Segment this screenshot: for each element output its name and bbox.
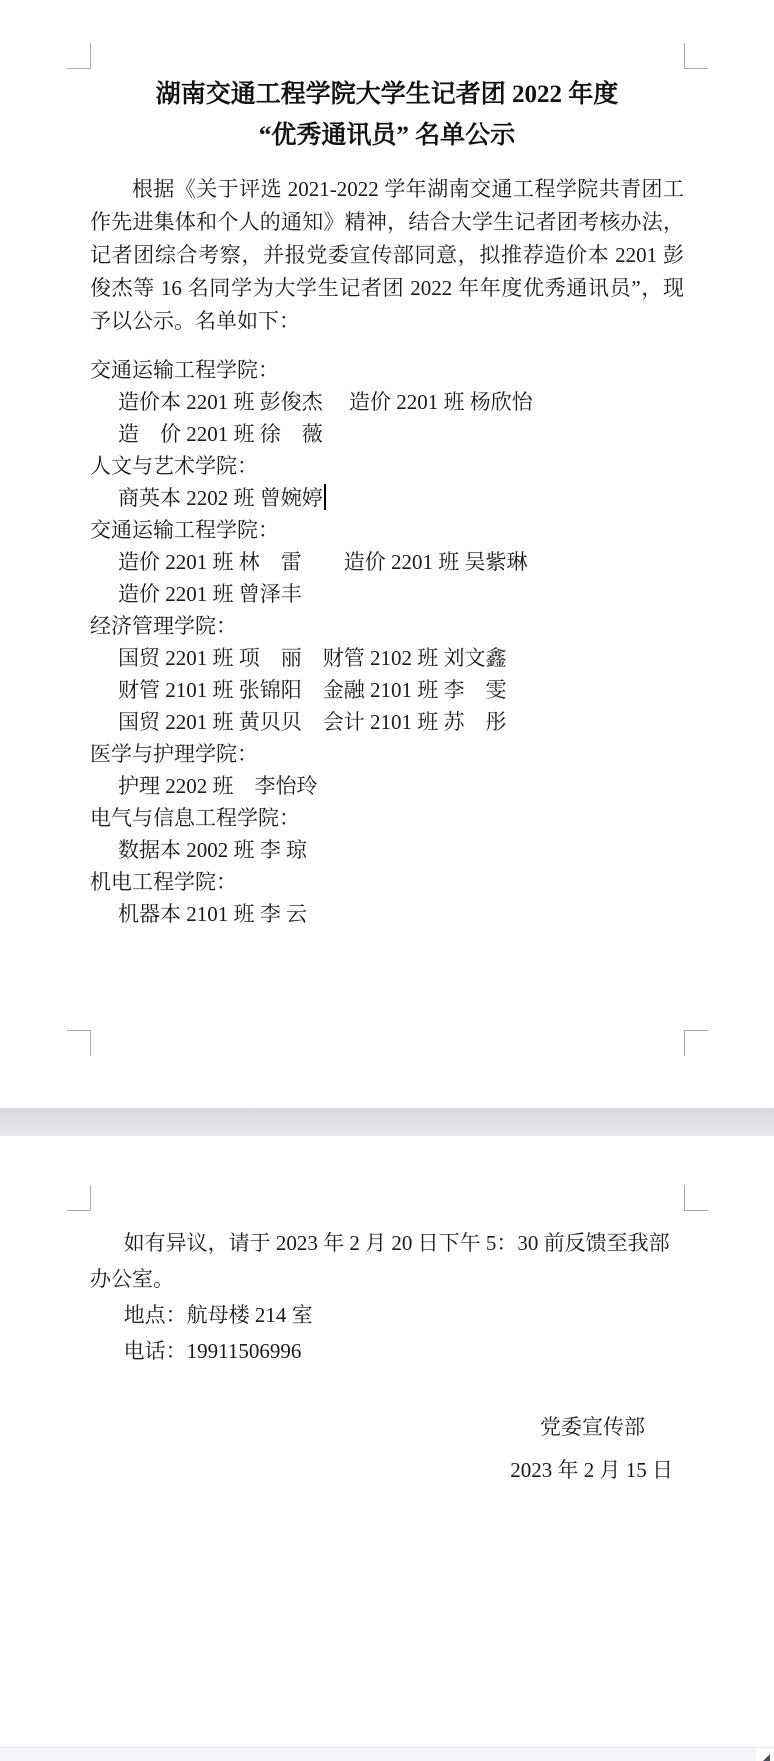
page1-text-area[interactable]: 湖南交通工程学院大学生记者团 2022 年度 “优秀通讯员” 名单公示 根据《关… — [90, 0, 684, 930]
student-row[interactable]: 造价 2201 班 曾泽丰 — [90, 578, 684, 610]
college-heading[interactable]: 经济管理学院： — [90, 610, 684, 642]
signature-department[interactable]: 党委宣传部 — [90, 1409, 684, 1445]
student-row[interactable]: 商英本 2202 班 曾婉婷 — [90, 482, 684, 514]
award-name-list[interactable]: 交通运输工程学院：造价本 2201 班 彭俊杰 造价 2201 班 杨欣怡造 价… — [90, 354, 684, 930]
text-cursor — [324, 484, 326, 510]
margin-cropmark-top-right — [684, 1185, 708, 1211]
phone-line[interactable]: 电话：19911506996 — [90, 1333, 684, 1369]
doc-title-line1[interactable]: 湖南交通工程学院大学生记者团 2022 年度 — [90, 74, 684, 115]
page2-text-area[interactable]: 如有异议，请于 2023 年 2 月 20 日下午 5：30 前反馈至我部办公室… — [90, 1136, 684, 1488]
margin-cropmark-top-left — [67, 1185, 91, 1211]
student-row[interactable]: 数据本 2002 班 李 琼 — [90, 834, 684, 866]
address-line[interactable]: 地点：航母楼 214 室 — [90, 1297, 684, 1333]
college-heading[interactable]: 机电工程学院： — [90, 866, 684, 898]
resize-handle-icon[interactable] — [763, 1754, 770, 1761]
college-heading[interactable]: 交通运输工程学院： — [90, 514, 684, 546]
statusbar-corner — [756, 1748, 774, 1761]
college-heading[interactable]: 医学与护理学院： — [90, 738, 684, 770]
feedback-line[interactable]: 如有异议，请于 2023 年 2 月 20 日下午 5：30 前反馈至我部办公室… — [90, 1225, 684, 1297]
college-heading[interactable]: 电气与信息工程学院： — [90, 802, 684, 834]
intro-paragraph[interactable]: 根据《关于评选 2021-2022 学年湖南交通工程学院共青团工作先进集体和个人… — [90, 173, 684, 338]
margin-cropmark-bottom-right — [684, 1030, 708, 1056]
document-page-2[interactable]: 如有异议，请于 2023 年 2 月 20 日下午 5：30 前反馈至我部办公室… — [0, 1136, 774, 1747]
student-row[interactable]: 护理 2202 班 李怡玲 — [90, 770, 684, 802]
student-row[interactable]: 财管 2101 班 张锦阳 金融 2101 班 李 雯 — [90, 674, 684, 706]
margin-cropmark-bottom-left — [67, 1030, 91, 1056]
document-page-1[interactable]: 湖南交通工程学院大学生记者团 2022 年度 “优秀通讯员” 名单公示 根据《关… — [0, 0, 774, 1108]
student-row[interactable]: 造价本 2201 班 彭俊杰 造价 2201 班 杨欣怡 — [90, 386, 684, 418]
doc-title-line2[interactable]: “优秀通讯员” 名单公示 — [90, 115, 684, 156]
student-row[interactable]: 造价 2201 班 林 雷 造价 2201 班 吴紫琳 — [90, 546, 684, 578]
college-heading[interactable]: 交通运输工程学院： — [90, 354, 684, 386]
student-row[interactable]: 造 价 2201 班 徐 薇 — [90, 418, 684, 450]
student-row[interactable]: 机器本 2101 班 李 云 — [90, 898, 684, 930]
student-row[interactable]: 国贸 2201 班 黄贝贝 会计 2101 班 苏 彤 — [90, 706, 684, 738]
status-bar — [0, 1747, 774, 1761]
college-heading[interactable]: 人文与艺术学院： — [90, 450, 684, 482]
margin-cropmark-top-left — [67, 43, 91, 69]
page-separator — [0, 1108, 774, 1136]
student-row[interactable]: 国贸 2201 班 项 丽 财管 2102 班 刘文鑫 — [90, 642, 684, 674]
word-document-view: 湖南交通工程学院大学生记者团 2022 年度 “优秀通讯员” 名单公示 根据《关… — [0, 0, 774, 1761]
signature-date[interactable]: 2023 年 2 月 15 日 — [90, 1452, 684, 1488]
margin-cropmark-top-right — [684, 43, 708, 69]
